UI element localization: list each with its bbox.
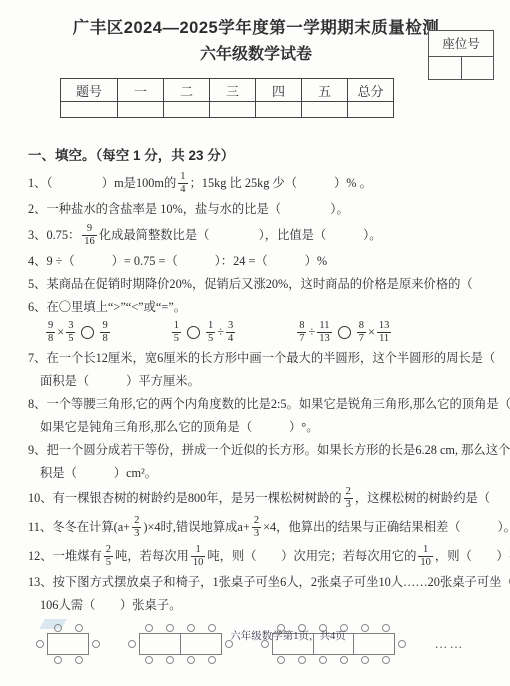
fraction: 916 xyxy=(82,223,97,247)
chair-icon xyxy=(75,656,83,664)
chair-icon xyxy=(187,656,195,664)
score-value-cell xyxy=(210,102,256,118)
question-line: 如果它是钝角三角形,那么它的顶角是（ ）°。 xyxy=(28,419,486,437)
seat-number-cell xyxy=(462,57,494,79)
score-blank-row xyxy=(61,102,394,118)
score-header-cell: 三 xyxy=(210,79,256,102)
score-header-cell: 五 xyxy=(302,79,348,102)
question-line: 7、在一个长12厘米，宽6厘米的长方形中画一个最大的半圆形，这个半圆形的周长是（… xyxy=(28,350,486,368)
fraction: 14 xyxy=(178,171,187,195)
seat-number-cells xyxy=(429,57,493,79)
page-title-line1: 广丰区2024—2025学年度第一学期期末质量检测 xyxy=(56,14,456,38)
fraction: 25 xyxy=(104,544,113,568)
chair-icon xyxy=(298,656,306,664)
score-value-cell xyxy=(256,102,302,118)
footer-page-info: 六年级数学第1页，共4页 xyxy=(0,628,510,643)
chair-icon xyxy=(382,656,390,664)
score-header-cell: 题号 xyxy=(61,79,118,102)
chair-icon xyxy=(319,656,327,664)
score-value-cell xyxy=(348,102,394,118)
fraction: 1311 xyxy=(377,320,392,344)
question-line: 8、一个等腰三角形,它的两个内角度数的比是2:5。如果它是锐角三角形,那么它的顶… xyxy=(28,396,486,414)
fraction: 110 xyxy=(191,544,206,568)
score-header-cell: 一 xyxy=(118,79,164,102)
question-line: 4、9 ÷（ ）= 0.75 =（ ）：24 =（ ）% xyxy=(28,253,486,271)
chair-icon xyxy=(208,656,216,664)
fraction: 34 xyxy=(226,320,235,344)
question-line: 10、有一棵银杏树的树龄约是800年，是另一棵松树树龄的23，这棵松树的树龄约是… xyxy=(28,487,486,511)
chair-icon xyxy=(340,656,348,664)
question-line: 5、某商品在促销时期降价20%，促销后又涨20%，这时商品的价格是原来价格的（ … xyxy=(28,276,486,294)
question-line: 98×35981515÷3487÷111387×1311 xyxy=(28,321,486,345)
fraction: 110 xyxy=(418,544,433,568)
question-line: 2、一种盐水的含盐率是 10%，盐与水的比是（ ）。 xyxy=(28,201,486,219)
question-line: 面积是（ ）平方厘米。 xyxy=(28,373,486,391)
chair-icon xyxy=(145,656,153,664)
section-heading: 一、填空。（每空 1 分，共 23 分） xyxy=(28,144,486,164)
chair-row xyxy=(271,656,397,664)
chair-icon xyxy=(54,656,62,664)
chair-icon xyxy=(361,656,369,664)
page-title-line2: 六年级数学试卷 xyxy=(56,41,456,64)
fraction: 23 xyxy=(344,486,353,510)
questions: 1、（ ）m是100m的14；15kg 比 25kg 少（ ）% 。2、一种盐水… xyxy=(28,172,486,615)
question-line: 1、（ ）m是100m的14；15kg 比 25kg 少（ ）% 。 xyxy=(28,172,486,196)
fraction: 87 xyxy=(297,320,306,344)
question-line: 6、在〇里填上“>”“<”或“=”。 xyxy=(28,299,486,317)
score-header-cell: 二 xyxy=(164,79,210,102)
question-line: 11、冬冬在计算(a+23)×4时,错误地算成a+23×4，他算出的结果与正确结… xyxy=(28,516,486,540)
question-line: 106人需（ ）张桌子。 xyxy=(28,597,486,615)
comparison-circle xyxy=(81,326,94,339)
score-value-cell xyxy=(164,102,210,118)
chair-icon xyxy=(277,656,285,664)
chair-icon xyxy=(166,656,174,664)
score-header-cell: 总分 xyxy=(348,79,394,102)
score-table: 题号一二三四五总分 xyxy=(60,78,394,118)
question-line: 12、一堆煤有25吨，若每次用110吨，则（ ）次用完；若每次用它的110，则（… xyxy=(28,545,486,569)
score-value-cell xyxy=(118,102,164,118)
fraction: 35 xyxy=(66,320,75,344)
score-value-cell xyxy=(61,102,118,118)
seat-number-cell xyxy=(429,57,462,79)
fraction: 87 xyxy=(357,320,366,344)
fraction: 1113 xyxy=(317,320,332,344)
score-header-row: 题号一二三四五总分 xyxy=(61,79,394,102)
chair-row xyxy=(47,656,89,664)
fraction: 98 xyxy=(100,320,109,344)
question-line: 积是（ ）cm²。 xyxy=(28,465,486,483)
score-header-cell: 四 xyxy=(256,79,302,102)
question-line: 13、按下图方式摆放桌子和椅子，1张桌子可坐6人，2张桌子可坐10人……20张桌… xyxy=(28,574,486,592)
comparison-circle xyxy=(187,326,200,339)
fraction: 15 xyxy=(206,320,215,344)
fraction: 23 xyxy=(132,515,141,539)
chair-row xyxy=(138,656,222,664)
seat-number-box: 座位号 xyxy=(428,30,494,80)
title-block: 广丰区2024—2025学年度第一学期期末质量检测 六年级数学试卷 xyxy=(56,14,456,64)
comparison-circle xyxy=(338,326,351,339)
question-line: 9、把一个圆分成若干等份，拼成一个近似的长方形。如果长方形的长是6.28 cm,… xyxy=(28,442,486,460)
fraction: 23 xyxy=(252,515,261,539)
question-line: 3、0.75：916化成最简整数比是（ ），比值是（ ）。 xyxy=(28,224,486,248)
seat-number-label: 座位号 xyxy=(429,31,493,57)
exam-paper: 广丰区2024—2025学年度第一学期期末质量检测 六年级数学试卷 座位号 题号… xyxy=(0,0,510,665)
fraction: 98 xyxy=(46,320,55,344)
fraction: 15 xyxy=(172,320,181,344)
score-value-cell xyxy=(302,102,348,118)
